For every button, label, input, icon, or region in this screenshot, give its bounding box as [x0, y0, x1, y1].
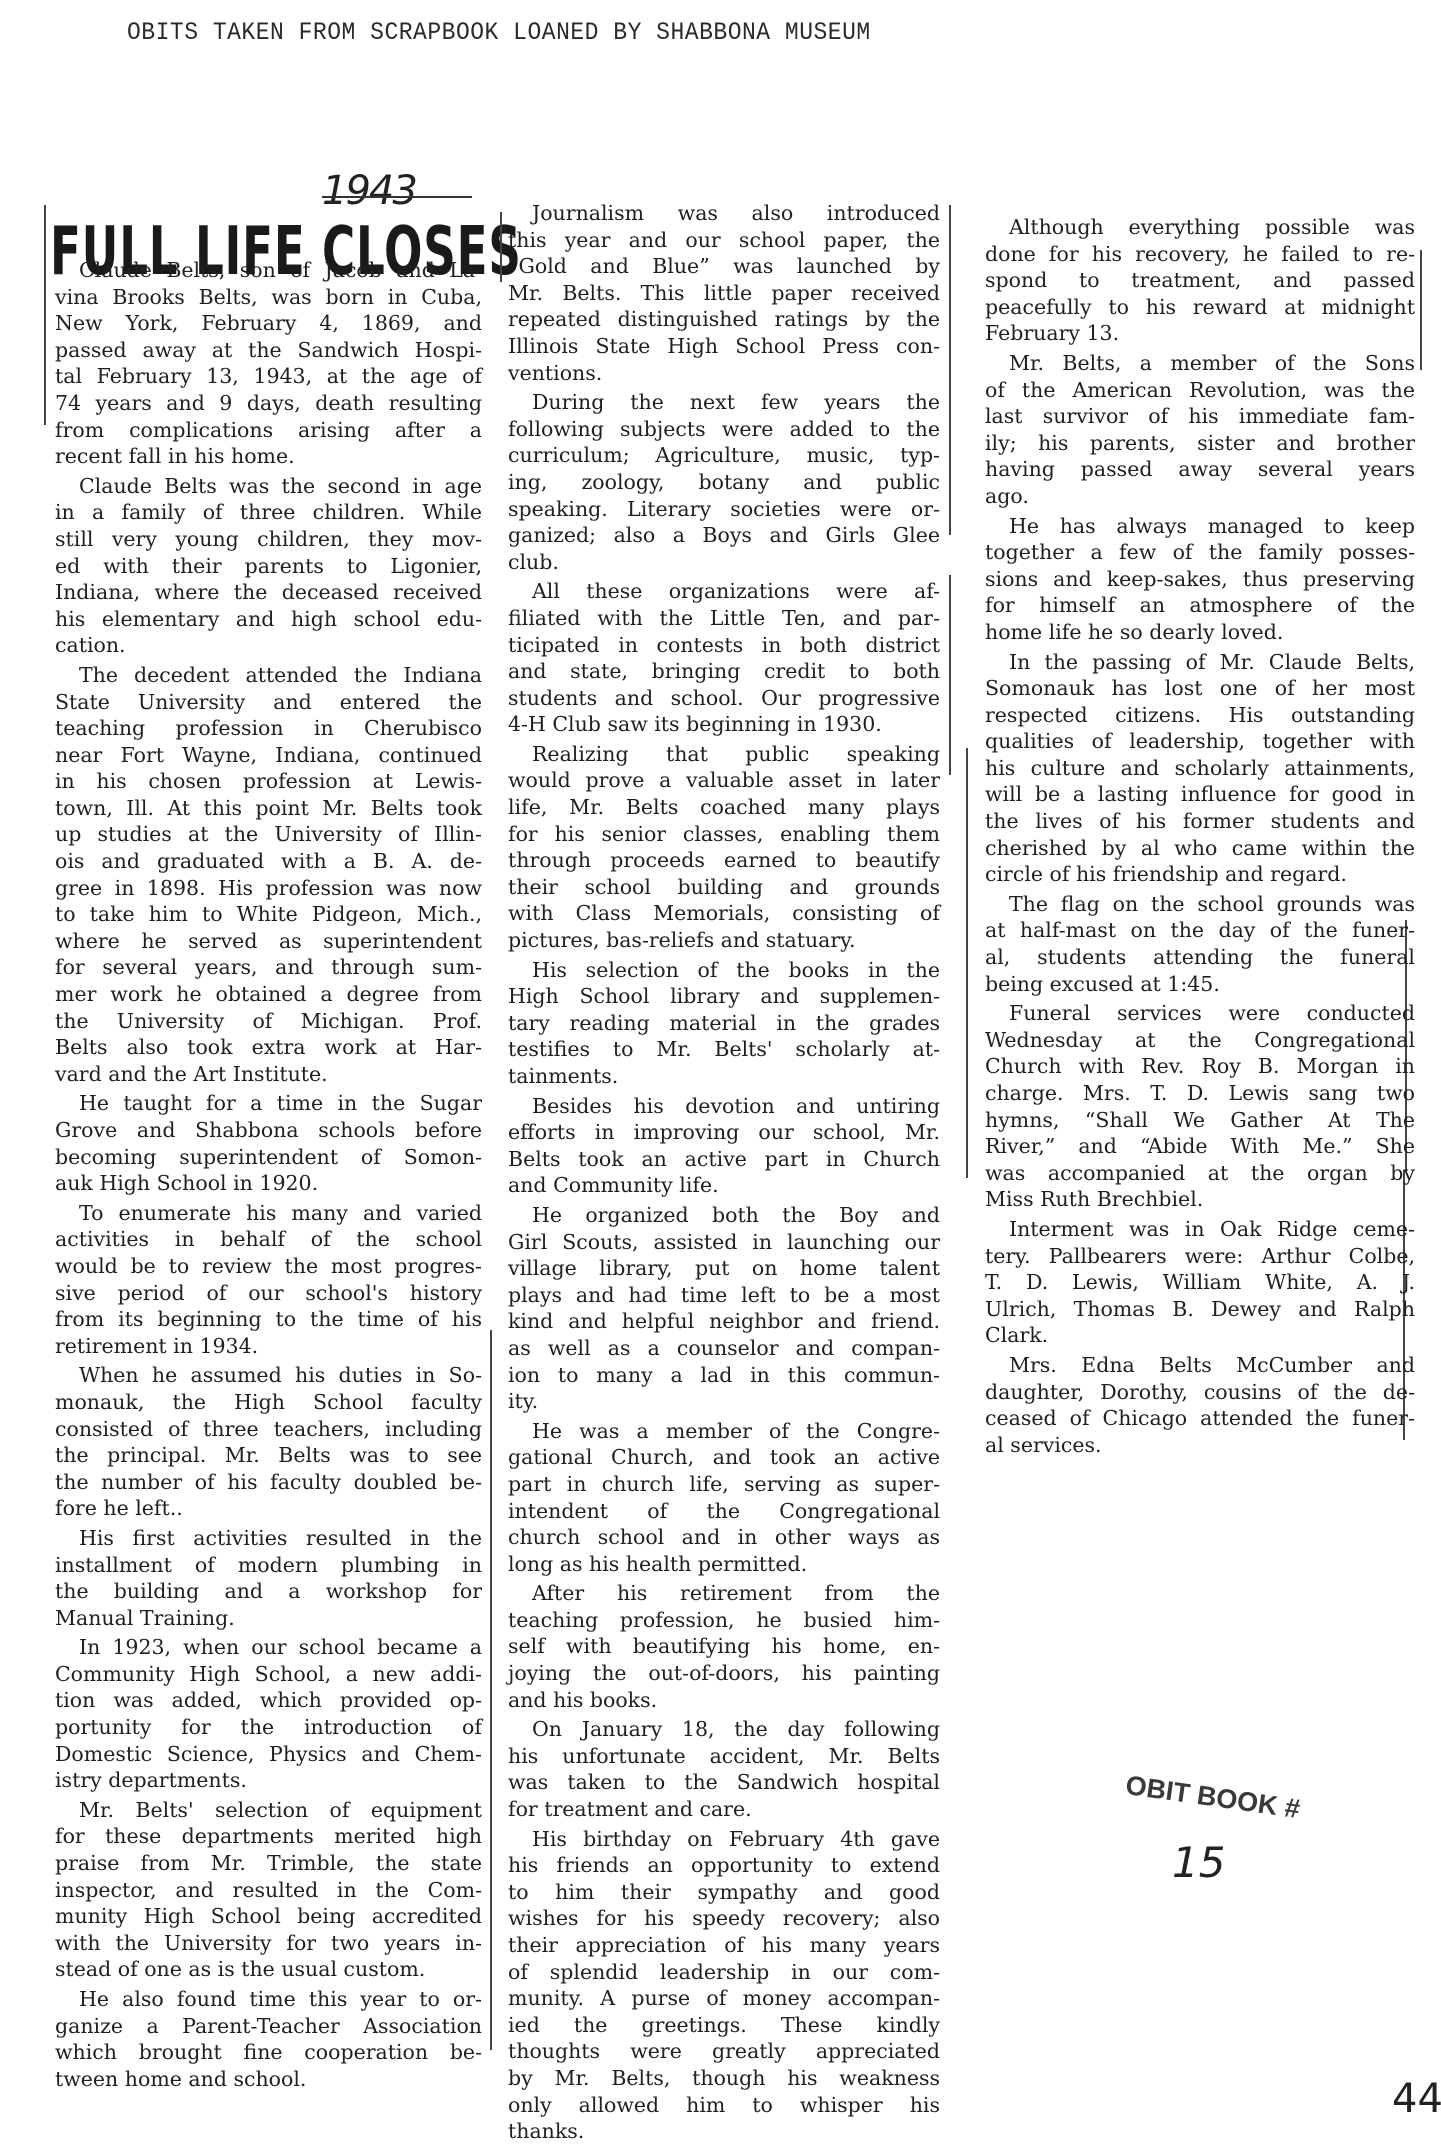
article-line: the lives of his former students and — [985, 808, 1415, 835]
article-line: to take him to White Pidgeon, Mich., — [55, 901, 482, 928]
article-line: self with beautifying his home, en- — [508, 1633, 940, 1660]
article-line: near Fort Wayne, Indiana, continued — [55, 742, 482, 769]
article-paragraph: His selection of the books in theHigh Sc… — [508, 957, 940, 1090]
article-line: spond to treatment, and passed — [985, 267, 1415, 294]
article-line: charge. Mrs. T. D. Lewis sang two — [985, 1080, 1415, 1107]
article-line: and his books. — [508, 1687, 940, 1714]
article-line: pictures, bas-reliefs and statuary. — [508, 927, 940, 954]
article-line: with the University for two years in- — [55, 1930, 482, 1957]
article-line: by Mr. Belts, though his weakness — [508, 2065, 940, 2092]
article-line: fore he left.. — [55, 1495, 482, 1522]
article-line: cation. — [55, 632, 482, 659]
article-line: with Class Memorials, consisting of — [508, 900, 940, 927]
article-line: ois and graduated with a B. A. de- — [55, 848, 482, 875]
article-paragraph: During the next few years thefollowing s… — [508, 389, 940, 575]
article-paragraph: In the passing of Mr. Claude Belts,Somon… — [985, 649, 1415, 888]
year-strikethrough — [322, 196, 472, 198]
obit-book-label: OBIT BOOK # — [1124, 1770, 1302, 1824]
article-line: The decedent attended the Indiana — [55, 662, 482, 689]
article-line: circle of his friendship and regard. — [985, 861, 1415, 888]
article-column-1: Claude Belts, son of Jacob and La-vina B… — [55, 257, 482, 2095]
article-line: His first activities resulted in the — [55, 1525, 482, 1552]
article-line: In the passing of Mr. Claude Belts, — [985, 649, 1415, 676]
article-line: vard and the Art Institute. — [55, 1061, 482, 1088]
article-line: New York, February 4, 1869, and — [55, 310, 482, 337]
article-paragraph: In 1923, when our school became aCommuni… — [55, 1634, 482, 1794]
article-line: at half-mast on the day of the funer- — [985, 917, 1415, 944]
article-line: for himself an atmosphere of the — [985, 592, 1415, 619]
article-line: Somonauk has lost one of her most — [985, 675, 1415, 702]
article-line: will be a lasting influence for good in — [985, 781, 1415, 808]
article-line: testifies to Mr. Belts' scholarly at- — [508, 1036, 940, 1063]
article-line: Miss Ruth Brechbiel. — [985, 1186, 1415, 1213]
article-paragraph: Although everything possible wasdone for… — [985, 214, 1415, 347]
article-line: tal February 13, 1943, at the age of — [55, 363, 482, 390]
article-line: Mr. Belts' selection of equipment — [55, 1797, 482, 1824]
article-line: wishes for his speedy recovery; also — [508, 1905, 940, 1932]
article-line: daughter, Dorothy, cousins of the de- — [985, 1379, 1415, 1406]
article-line: ied the greetings. These kindly — [508, 2012, 940, 2039]
article-line: consisted of three teachers, including — [55, 1416, 482, 1443]
page-number: 44 — [1392, 2076, 1441, 2122]
article-line: having passed away several years — [985, 456, 1415, 483]
article-line: tary reading material in the grades — [508, 1010, 940, 1037]
article-line: During the next few years the — [508, 389, 940, 416]
article-paragraph: His birthday on February 4th gavehis fri… — [508, 1826, 940, 2145]
article-line: speaking. Literary societies were or- — [508, 496, 940, 523]
article-line: repeated distinguished ratings by the — [508, 306, 940, 333]
article-line: He has always managed to keep — [985, 513, 1415, 540]
article-paragraph: Realizing that public speakingwould prov… — [508, 741, 940, 954]
article-line: village library, put on home talent — [508, 1255, 940, 1282]
article-line: Claude Belts was the second in age — [55, 473, 482, 500]
article-line: this year and our school paper, the — [508, 227, 940, 254]
article-line: thanks. — [508, 2118, 940, 2145]
article-line: ceased of Chicago attended the funer- — [985, 1405, 1415, 1432]
article-line: to him their sympathy and good — [508, 1879, 940, 1906]
article-line: Indiana, where the deceased received — [55, 579, 482, 606]
article-line: stead of one as is the usual custom. — [55, 1956, 482, 1983]
article-column-2: Journalism was also introducedthis year … — [508, 200, 940, 2147]
article-line: the number of his faculty doubled be- — [55, 1469, 482, 1496]
article-line: munity. A purse of money accompan- — [508, 1985, 940, 2012]
article-line: still very young children, they mov- — [55, 526, 482, 553]
article-paragraph: His first activities resulted in theinst… — [55, 1525, 482, 1631]
article-line: activities in behalf of the school — [55, 1226, 482, 1253]
article-line: his friends an opportunity to extend — [508, 1852, 940, 1879]
article-paragraph: Mr. Belts' selection of equipmentfor the… — [55, 1797, 482, 1983]
column-rule-right-a — [1420, 250, 1422, 370]
article-line: Domestic Science, Physics and Chem- — [55, 1741, 482, 1768]
article-paragraph: He was a member of the Congre-gational C… — [508, 1418, 940, 1578]
article-line: retirement in 1934. — [55, 1333, 482, 1360]
article-column-3: Although everything possible wasdone for… — [985, 214, 1415, 1461]
article-line: monauk, the High School faculty — [55, 1389, 482, 1416]
article-paragraph: He also found time this year to or-ganiz… — [55, 1986, 482, 2092]
article-line: sive period of our school's history — [55, 1280, 482, 1307]
article-line: After his retirement from the — [508, 1580, 940, 1607]
article-line: gational Church, and took an active — [508, 1444, 940, 1471]
article-line: peacefully to his reward at midnight — [985, 294, 1415, 321]
article-line: T. D. Lewis, William White, A. J. — [985, 1269, 1415, 1296]
article-line: from its beginning to the time of his — [55, 1306, 482, 1333]
article-line: for treatment and care. — [508, 1796, 940, 1823]
article-line: gree in 1898. His profession was now — [55, 875, 482, 902]
article-line: All these organizations were af- — [508, 578, 940, 605]
article-paragraph: Interment was in Oak Ridge ceme-tery. Pa… — [985, 1216, 1415, 1349]
article-line: Wednesday at the Congregational — [985, 1027, 1415, 1054]
article-line: auk High School in 1920. — [55, 1170, 482, 1197]
article-line: Girl Scouts, assisted in launching our — [508, 1229, 940, 1256]
article-line: ion to many a lad in this commun- — [508, 1362, 940, 1389]
article-line: efforts in improving our school, Mr. — [508, 1119, 940, 1146]
article-line: cherished by al who came within the — [985, 835, 1415, 862]
article-line: ganized; also a Boys and Girls Glee — [508, 522, 940, 549]
article-line: He also found time this year to or- — [55, 1986, 482, 2013]
article-line: as well as a counselor and compan- — [508, 1335, 940, 1362]
article-line: kind and helpful neighbor and friend. — [508, 1308, 940, 1335]
article-line: tainments. — [508, 1063, 940, 1090]
article-line: Funeral services were conducted — [985, 1000, 1415, 1027]
article-line: Community High School, a new addi- — [55, 1661, 482, 1688]
article-paragraph: The flag on the school grounds wasat hal… — [985, 891, 1415, 997]
article-line: Mr. Belts, a member of the Sons — [985, 350, 1415, 377]
article-paragraph: Claude Belts, son of Jacob and La-vina B… — [55, 257, 482, 470]
article-line: following subjects were added to the — [508, 416, 940, 443]
article-line: was accompanied at the organ by — [985, 1160, 1415, 1187]
article-line: their appreciation of his many years — [508, 1932, 940, 1959]
article-line: 74 years and 9 days, death resulting — [55, 390, 482, 417]
article-paragraph: The decedent attended the IndianaState U… — [55, 662, 482, 1088]
article-line: mer work he obtained a degree from — [55, 981, 482, 1008]
article-line: plays and had time left to be a most — [508, 1282, 940, 1309]
article-line: ticipated in contests in both district — [508, 632, 940, 659]
article-paragraph: Besides his devotion and untiringefforts… — [508, 1093, 940, 1199]
article-line: tion was added, which provided op- — [55, 1687, 482, 1714]
column-rule-middle-c — [949, 575, 951, 775]
article-line: The flag on the school grounds was — [985, 891, 1415, 918]
scrapbook-header: OBITS TAKEN FROM SCRAPBOOK LOANED BY SHA… — [127, 18, 1007, 47]
article-line: Besides his devotion and untiring — [508, 1093, 940, 1120]
article-line: joying the out-of-doors, his painting — [508, 1660, 940, 1687]
article-line: On January 18, the day following — [508, 1716, 940, 1743]
column-rule-middle-b — [949, 205, 951, 535]
article-line: ago. — [985, 483, 1415, 510]
article-line: the building and a workshop for — [55, 1578, 482, 1605]
article-line: the principal. Mr. Belts was to see — [55, 1442, 482, 1469]
article-line: was taken to the Sandwich hospital — [508, 1769, 940, 1796]
article-line: al, students attending the funeral — [985, 944, 1415, 971]
article-line: up studies at the University of Illin- — [55, 821, 482, 848]
article-line: Mrs. Edna Belts McCumber and — [985, 1352, 1415, 1379]
article-line: where he served as superintendent — [55, 928, 482, 955]
article-paragraph: He organized both the Boy andGirl Scouts… — [508, 1202, 940, 1415]
article-line: filiated with the Little Ten, and par- — [508, 605, 940, 632]
article-line: last survivor of his immediate fam- — [985, 403, 1415, 430]
article-line: hymns, “Shall We Gather At The — [985, 1107, 1415, 1134]
article-line: of splendid leadership in our com- — [508, 1959, 940, 1986]
article-line: Clark. — [985, 1322, 1415, 1349]
article-line: inspector, and resulted in the Com- — [55, 1877, 482, 1904]
article-paragraph: He taught for a time in the SugarGrove a… — [55, 1090, 482, 1196]
article-line: Illinois State High School Press con- — [508, 333, 940, 360]
article-line: of the American Revolution, was the — [985, 377, 1415, 404]
article-line: February 13. — [985, 320, 1415, 347]
article-line: installment of modern plumbing in — [55, 1552, 482, 1579]
article-line: He taught for a time in the Sugar — [55, 1090, 482, 1117]
article-line: portunity for the introduction of — [55, 1714, 482, 1741]
article-line: He was a member of the Congre- — [508, 1418, 940, 1445]
article-paragraph: He has always managed to keeptogether a … — [985, 513, 1415, 646]
article-line: respected citizens. His outstanding — [985, 702, 1415, 729]
article-line: passed away at the Sandwich Hospi- — [55, 337, 482, 364]
article-line: long as his health permitted. — [508, 1551, 940, 1578]
article-line: for these departments merited high — [55, 1823, 482, 1850]
article-line: would prove a valuable asset in later — [508, 767, 940, 794]
article-line: recent fall in his home. — [55, 443, 482, 470]
article-line: ventions. — [508, 360, 940, 387]
article-line: thoughts were greatly appreciated — [508, 2038, 940, 2065]
article-paragraph: After his retirement from theteaching pr… — [508, 1580, 940, 1713]
article-line: life, Mr. Belts coached many plays — [508, 794, 940, 821]
article-line: Mr. Belts. This little paper received — [508, 280, 940, 307]
article-paragraph: Mrs. Edna Belts McCumber anddaughter, Do… — [985, 1352, 1415, 1458]
article-line: High School library and supplemen- — [508, 983, 940, 1010]
article-line: their school building and grounds — [508, 874, 940, 901]
article-line: in his chosen profession at Lewis- — [55, 768, 482, 795]
article-paragraph: Journalism was also introducedthis year … — [508, 200, 940, 386]
article-line: his unfortunate accident, Mr. Belts — [508, 1743, 940, 1770]
article-line: ganize a Parent-Teacher Association — [55, 2013, 482, 2040]
article-line: istry departments. — [55, 1767, 482, 1794]
article-line: curriculum; Agriculture, music, typ- — [508, 442, 940, 469]
article-line: the University of Michigan. Prof. — [55, 1008, 482, 1035]
article-line: Belts also took extra work at Har- — [55, 1034, 482, 1061]
article-line: home life he so dearly loved. — [985, 619, 1415, 646]
article-line: “Gold and Blue” was launched by — [508, 253, 940, 280]
article-line: which brought fine cooperation be- — [55, 2039, 482, 2066]
article-line: teaching profession, he busied him- — [508, 1607, 940, 1634]
article-line: tery. Pallbearers were: Arthur Colbe, — [985, 1243, 1415, 1270]
article-line: being excused at 1:45. — [985, 971, 1415, 998]
article-line: for his senior classes, enabling them — [508, 821, 940, 848]
article-line: part in church life, serving as super- — [508, 1471, 940, 1498]
article-line: ed with their parents to Ligonier, — [55, 553, 482, 580]
article-line: intendent of the Congregational — [508, 1498, 940, 1525]
article-line: Ulrich, Thomas B. Dewey and Ralph — [985, 1296, 1415, 1323]
article-line: He organized both the Boy and — [508, 1202, 940, 1229]
article-line: Manual Training. — [55, 1605, 482, 1632]
article-line: Grove and Shabbona schools before — [55, 1117, 482, 1144]
article-paragraph: To enumerate his many and variedactiviti… — [55, 1200, 482, 1360]
article-line: his culture and scholarly attainments, — [985, 755, 1415, 782]
article-line: town, Ill. At this point Mr. Belts took — [55, 795, 482, 822]
article-paragraph: On January 18, the day followinghis unfo… — [508, 1716, 940, 1822]
article-line: together a few of the family posses- — [985, 539, 1415, 566]
article-line: State University and entered the — [55, 689, 482, 716]
article-line: and Community life. — [508, 1172, 940, 1199]
article-line: would be to review the most progres- — [55, 1253, 482, 1280]
column-rule-left-b — [490, 1330, 492, 2050]
article-line: done for his recovery, he failed to re- — [985, 241, 1415, 268]
column-rule-right-inner — [966, 748, 968, 1178]
article-line: Although everything possible was — [985, 214, 1415, 241]
article-line: students and school. Our progressive — [508, 685, 940, 712]
obit-book-stamp: OBIT BOOK # — [1124, 1770, 1302, 1825]
article-line: Claude Belts, son of Jacob and La- — [55, 257, 482, 284]
article-line: To enumerate his many and varied — [55, 1200, 482, 1227]
column-rule-left — [44, 205, 46, 425]
obit-book-number: 15 — [1172, 1838, 1225, 1887]
article-line: Journalism was also introduced — [508, 200, 940, 227]
article-line: church school and in other ways as — [508, 1524, 940, 1551]
article-paragraph: When he assumed his duties in So-monauk,… — [55, 1362, 482, 1522]
article-paragraph: Funeral services were conductedWednesday… — [985, 1000, 1415, 1213]
article-paragraph: Claude Belts was the second in agein a f… — [55, 473, 482, 659]
article-line: becoming superintendent of Somon- — [55, 1144, 482, 1171]
article-line: In 1923, when our school became a — [55, 1634, 482, 1661]
article-line: his elementary and high school edu- — [55, 606, 482, 633]
article-line: Interment was in Oak Ridge ceme- — [985, 1216, 1415, 1243]
article-line: River,” and “Abide With Me.” She — [985, 1133, 1415, 1160]
column-rule-middle-a — [500, 212, 502, 282]
article-line: 4-H Club saw its beginning in 1930. — [508, 711, 940, 738]
article-line: through proceeds earned to beautify — [508, 847, 940, 874]
article-line: teaching profession in Cherubisco — [55, 715, 482, 742]
article-line: from complications arising after a — [55, 417, 482, 444]
article-line: Realizing that public speaking — [508, 741, 940, 768]
article-line: qualities of leadership, together with — [985, 728, 1415, 755]
article-line: club. — [508, 549, 940, 576]
article-line: in a family of three children. While — [55, 499, 482, 526]
article-line: for several years, and through sum- — [55, 954, 482, 981]
article-line: His birthday on February 4th gave — [508, 1826, 940, 1853]
article-line: Belts took an active part in Church — [508, 1146, 940, 1173]
article-line: His selection of the books in the — [508, 957, 940, 984]
article-line: vina Brooks Belts, was born in Cuba, — [55, 284, 482, 311]
article-line: When he assumed his duties in So- — [55, 1362, 482, 1389]
article-line: ity. — [508, 1388, 940, 1415]
article-paragraph: All these organizations were af-filiated… — [508, 578, 940, 738]
article-line: Church with Rev. Roy B. Morgan in — [985, 1053, 1415, 1080]
article-line: al services. — [985, 1432, 1415, 1459]
article-line: ing, zoology, botany and public — [508, 469, 940, 496]
article-line: praise from Mr. Trimble, the state — [55, 1850, 482, 1877]
article-line: ily; his parents, sister and brother — [985, 430, 1415, 457]
article-line: and state, bringing credit to both — [508, 658, 940, 685]
year-note-text: 1943 — [322, 168, 416, 214]
article-line: tween home and school. — [55, 2066, 482, 2093]
article-paragraph: Mr. Belts, a member of the Sonsof the Am… — [985, 350, 1415, 510]
article-line: sions and keep-sakes, thus preserving — [985, 566, 1415, 593]
article-line: munity High School being accredited — [55, 1903, 482, 1930]
article-line: only allowed him to whisper his — [508, 2092, 940, 2119]
